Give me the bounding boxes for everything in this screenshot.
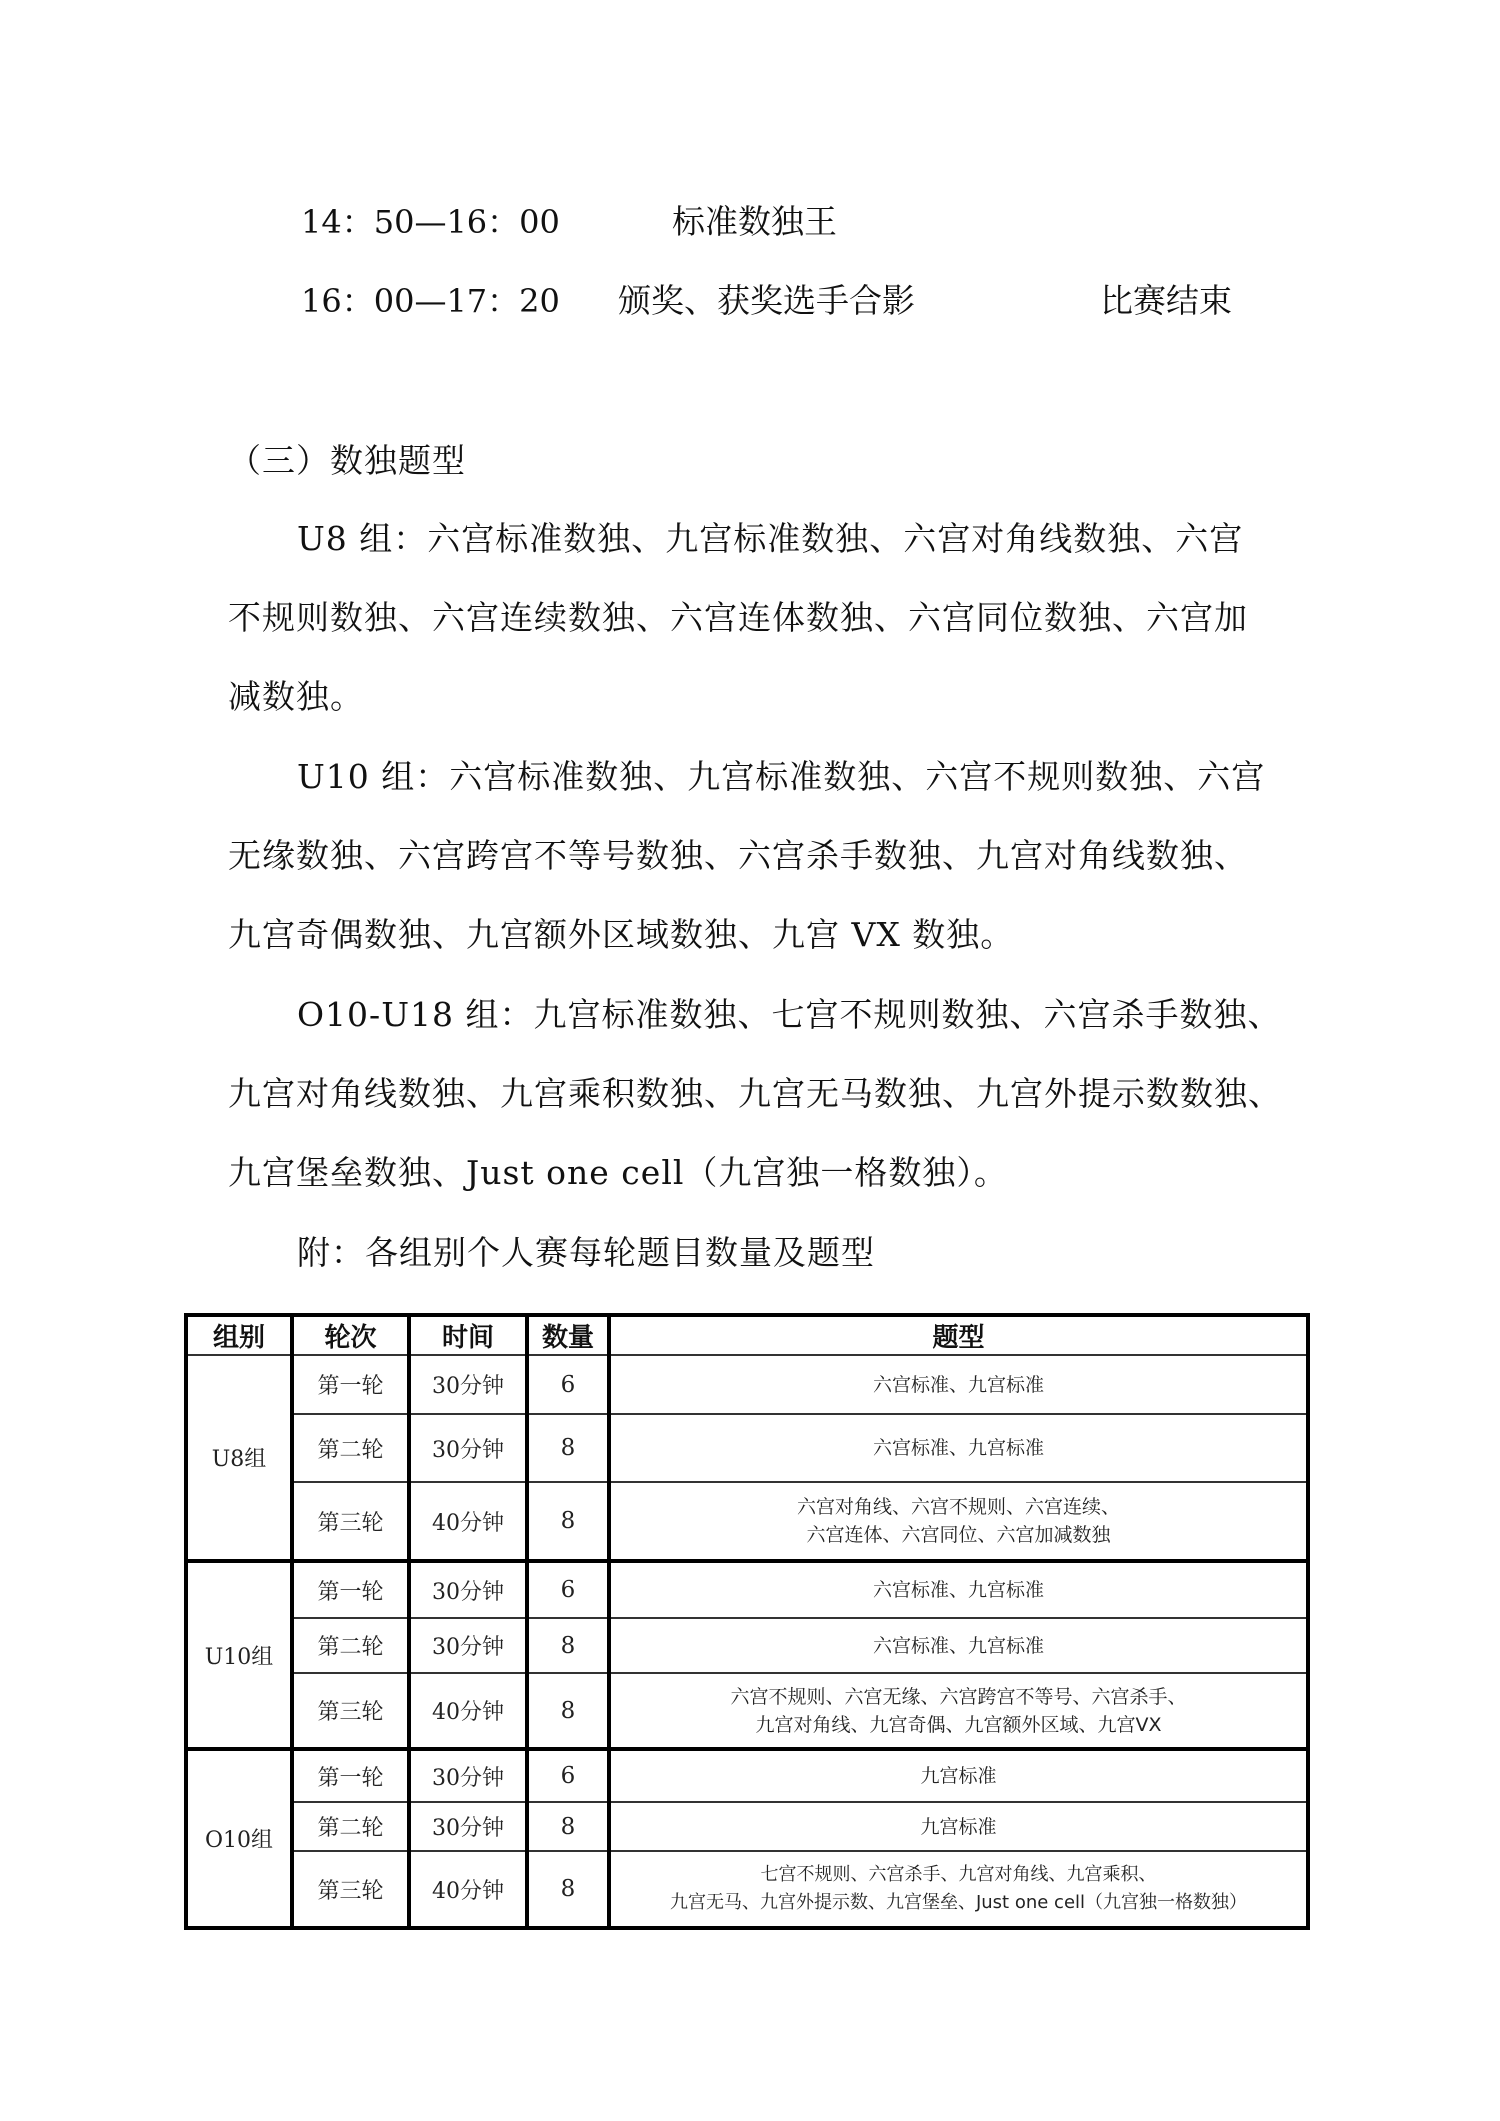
group-cell: U8组 <box>186 1355 292 1561</box>
table-row: 第三轮 40分钟 8 七宫不规则、六宫杀手、九宫对角线、九宫乘积、 九宫无马、九… <box>186 1851 1308 1928</box>
types-cell: 七宫不规则、六宫杀手、九宫对角线、九宫乘积、 九宫无马、九宫外提示数、九宫堡垒、… <box>609 1851 1308 1928</box>
count-cell: 8 <box>527 1673 609 1749</box>
types-line: 六宫标准、九宫标准 <box>611 1434 1306 1462</box>
schedule-event: 标准数独王 <box>672 202 837 242</box>
paragraph-line: U8 组：六宫标准数独、九宫标准数独、六宫对角线数独、六宫 <box>297 519 1243 559</box>
count-cell: 8 <box>527 1618 609 1673</box>
paragraph-line: 减数独。 <box>228 677 364 717</box>
time-cell: 30分钟 <box>409 1561 527 1618</box>
count-cell: 6 <box>527 1355 609 1414</box>
types-cell: 九宫标准 <box>609 1749 1308 1802</box>
types-cell: 六宫标准、九宫标准 <box>609 1355 1308 1414</box>
round-cell: 第三轮 <box>292 1851 409 1928</box>
time-cell: 30分钟 <box>409 1749 527 1802</box>
header-count: 数量 <box>527 1315 609 1355</box>
types-cell: 六宫标准、九宫标准 <box>609 1618 1308 1673</box>
types-line: 九宫无马、九宫外提示数、九宫堡垒、Just one cell（九宫独一格数独） <box>611 1889 1306 1917</box>
round-cell: 第三轮 <box>292 1673 409 1749</box>
round-cell: 第二轮 <box>292 1618 409 1673</box>
appendix-title: 附：各组别个人赛每轮题目数量及题型 <box>297 1233 875 1273</box>
time-cell: 30分钟 <box>409 1414 527 1482</box>
round-cell: 第三轮 <box>292 1482 409 1561</box>
types-cell: 六宫不规则、六宫无缘、六宫跨宫不等号、六宫杀手、 九宫对角线、九宫奇偶、九宫额外… <box>609 1673 1308 1749</box>
table-row: U10组 第一轮 30分钟 6 六宫标准、九宫标准 <box>186 1561 1308 1618</box>
paragraph-line: 九宫对角线数独、九宫乘积数独、九宫无马数独、九宫外提示数数独、 <box>228 1074 1282 1114</box>
count-cell: 8 <box>527 1482 609 1561</box>
types-line: 六宫标准、九宫标准 <box>611 1576 1306 1604</box>
types-cell: 六宫标准、九宫标准 <box>609 1414 1308 1482</box>
round-cell: 第二轮 <box>292 1802 409 1851</box>
header-round: 轮次 <box>292 1315 409 1355</box>
paragraph-line: U10 组：六宫标准数独、九宫标准数独、六宫不规则数独、六宫 <box>297 757 1265 797</box>
table-row: O10组 第一轮 30分钟 6 九宫标准 <box>186 1749 1308 1802</box>
count-cell: 6 <box>527 1749 609 1802</box>
table-row: 第二轮 30分钟 8 九宫标准 <box>186 1802 1308 1851</box>
count-cell: 8 <box>527 1851 609 1928</box>
types-cell: 六宫标准、九宫标准 <box>609 1561 1308 1618</box>
types-line: 六宫对角线、六宫不规则、六宫连续、 <box>611 1493 1306 1521</box>
types-line: 六宫标准、九宫标准 <box>611 1371 1306 1399</box>
types-line: 六宫标准、九宫标准 <box>611 1632 1306 1660</box>
table-row: 第三轮 40分钟 8 六宫对角线、六宫不规则、六宫连续、 六宫连体、六宫同位、六… <box>186 1482 1308 1561</box>
types-line: 七宫不规则、六宫杀手、九宫对角线、九宫乘积、 <box>611 1861 1306 1889</box>
table-row: 第二轮 30分钟 8 六宫标准、九宫标准 <box>186 1618 1308 1673</box>
time-cell: 30分钟 <box>409 1618 527 1673</box>
table-header-row: 组别 轮次 时间 数量 题型 <box>186 1315 1308 1355</box>
header-types: 题型 <box>609 1315 1308 1355</box>
paragraph-line: 不规则数独、六宫连续数独、六宫连体数独、六宫同位数独、六宫加 <box>228 598 1248 638</box>
group-cell: O10组 <box>186 1749 292 1928</box>
header-group: 组别 <box>186 1315 292 1355</box>
rounds-table: 组别 轮次 时间 数量 题型 U8组 第一轮 30分钟 6 六宫标准、九宫标准 … <box>184 1313 1310 1930</box>
count-cell: 8 <box>527 1802 609 1851</box>
time-cell: 30分钟 <box>409 1355 527 1414</box>
time-cell: 40分钟 <box>409 1851 527 1928</box>
time-cell: 40分钟 <box>409 1482 527 1561</box>
types-line: 六宫不规则、六宫无缘、六宫跨宫不等号、六宫杀手、 <box>611 1683 1306 1711</box>
header-time: 时间 <box>409 1315 527 1355</box>
group-cell: U10组 <box>186 1561 292 1749</box>
paragraph-line: 九宫奇偶数独、九宫额外区域数独、九宫 VX 数独。 <box>228 915 1014 955</box>
paragraph-line: 无缘数独、六宫跨宫不等号数独、六宫杀手数独、九宫对角线数独、 <box>228 836 1248 876</box>
table-row: 第二轮 30分钟 8 六宫标准、九宫标准 <box>186 1414 1308 1482</box>
time-cell: 30分钟 <box>409 1802 527 1851</box>
schedule-time: 16：00—17：20 <box>301 281 560 321</box>
round-cell: 第二轮 <box>292 1414 409 1482</box>
time-cell: 40分钟 <box>409 1673 527 1749</box>
section-heading: （三）数独题型 <box>228 441 466 481</box>
round-cell: 第一轮 <box>292 1749 409 1802</box>
table-row: U8组 第一轮 30分钟 6 六宫标准、九宫标准 <box>186 1355 1308 1414</box>
round-cell: 第一轮 <box>292 1561 409 1618</box>
schedule-event: 颁奖、获奖选手合影 <box>618 281 915 321</box>
types-cell: 九宫标准 <box>609 1802 1308 1851</box>
types-line: 九宫标准 <box>611 1813 1306 1841</box>
paragraph-line: O10-U18 组：九宫标准数独、七宫不规则数独、六宫杀手数独、 <box>297 995 1282 1035</box>
types-cell: 六宫对角线、六宫不规则、六宫连续、 六宫连体、六宫同位、六宫加减数独 <box>609 1482 1308 1561</box>
count-cell: 6 <box>527 1561 609 1618</box>
round-cell: 第一轮 <box>292 1355 409 1414</box>
schedule-time: 14：50—16：00 <box>301 202 560 242</box>
paragraph-line: 九宫堡垒数独、Just one cell（九宫独一格数独）。 <box>228 1153 1008 1193</box>
types-line: 九宫标准 <box>611 1762 1306 1790</box>
types-line: 九宫对角线、九宫奇偶、九宫额外区域、九宫VX <box>611 1711 1306 1739</box>
schedule-note: 比赛结束 <box>1100 281 1232 321</box>
table-row: 第三轮 40分钟 8 六宫不规则、六宫无缘、六宫跨宫不等号、六宫杀手、 九宫对角… <box>186 1673 1308 1749</box>
types-line: 六宫连体、六宫同位、六宫加减数独 <box>611 1521 1306 1549</box>
count-cell: 8 <box>527 1414 609 1482</box>
